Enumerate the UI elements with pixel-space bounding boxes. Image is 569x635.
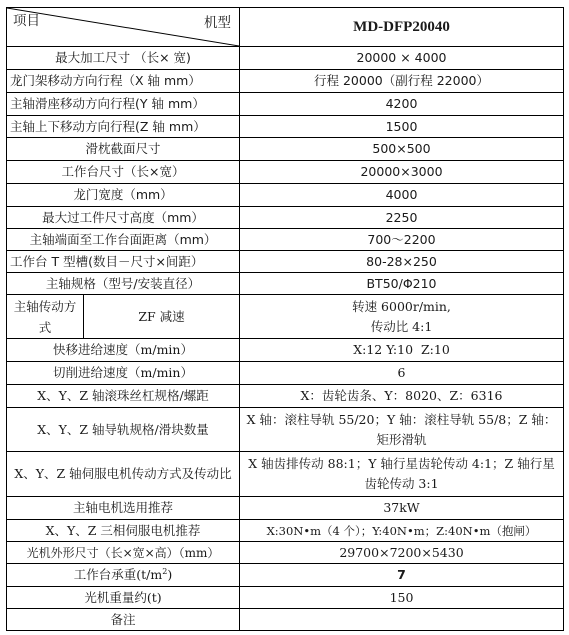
row-value: 500×500 (240, 138, 564, 161)
row-label: X、Y、Z 轴导轨规格/滑块数量 (7, 408, 240, 452)
table-row: 工作台尺寸（长×宽） 20000×3000 (7, 161, 564, 184)
remarks-value (240, 609, 564, 631)
row-value: 4200 (240, 93, 564, 116)
row-label: 主轴滑座移动方向行程(Y 轴 mm） (7, 93, 240, 116)
row-label: 最大加工尺寸 （长× 宽) (7, 47, 240, 70)
item-label: 项目 (13, 11, 40, 31)
row-label: X、Y、Z 轴滚珠丝杠规格/螺距 (7, 385, 240, 408)
row-value: 4000 (240, 184, 564, 207)
model-label: 机型 (204, 13, 231, 33)
table-row: X、Y、Z 轴导轨规格/滑块数量 X 轴：滚柱导轨 55/20；Y 轴：滚柱导轨… (7, 408, 564, 452)
spindle-ratio-text: 传动比 4:1 (243, 317, 560, 337)
table-row: 切削进给速度（m/min） 6 (7, 362, 564, 385)
row-label: 工作台 T 型槽(数目－尺寸×间距） (7, 251, 240, 273)
spindle-speed-text: 转速 6000r/min, (243, 297, 560, 317)
table-load-row: 工作台承重(t/m2) 7 (7, 564, 564, 587)
row-value: 700～2200 (240, 229, 564, 251)
row-label: 切削进给速度（m/min） (7, 362, 240, 385)
row-label: 主轴端面至工作台面距离（mm） (7, 229, 240, 251)
table-row: X、Y、Z 三相伺服电机推荐 X:30N•m（4 个）；Y:40N•m；Z:40… (7, 520, 564, 542)
spindle-drive-sub-label: ZF 减速 (84, 295, 240, 339)
table-row: 工作台 T 型槽(数目－尺寸×间距） 80-28×250 (7, 251, 564, 273)
row-value: 1500 (240, 116, 564, 138)
row-value: 150 (240, 587, 564, 609)
table-row: 主轴电机选用推荐 37kW (7, 497, 564, 520)
row-label: 主轴电机选用推荐 (7, 497, 240, 520)
remarks-row: 备注 (7, 609, 564, 631)
row-value: 80-28×250 (240, 251, 564, 273)
row-value: X：齿轮齿条、Y：8020、Z：6316 (240, 385, 564, 408)
row-value: 6 (240, 362, 564, 385)
spindle-drive-value: 转速 6000r/min, 传动比 4:1 (240, 295, 564, 339)
row-value: 2250 (240, 207, 564, 229)
table-row: 光机外形尺寸（长×宽×高）（mm） 29700×7200×5430 (7, 542, 564, 564)
table-row: X、Y、Z 轴伺服电机传动方式及传动比 X 轴齿排传动 88:1；Y 轴行星齿轮… (7, 452, 564, 497)
spindle-drive-row: 主轴传动方式 ZF 减速 转速 6000r/min, 传动比 4:1 (7, 295, 564, 339)
model-value: MD-DFP20040 (240, 8, 564, 47)
header-diagonal-cell: 项目 机型 (7, 8, 240, 47)
row-label: 工作台尺寸（长×宽） (7, 161, 240, 184)
header-row: 项目 机型 MD-DFP20040 (7, 8, 564, 47)
row-value: 行程 20000（副行程 22000） (240, 70, 564, 93)
row-value: BT50/Φ210 (240, 273, 564, 295)
row-value: X:12 Y:10 Z:10 (240, 339, 564, 362)
row-label: X、Y、Z 三相伺服电机推荐 (7, 520, 240, 542)
table-row: 主轴规格（型号/安装直径） BT50/Φ210 (7, 273, 564, 295)
remarks-label: 备注 (7, 609, 240, 631)
table-row: 龙门宽度（mm） 4000 (7, 184, 564, 207)
table-load-label-text: 工作台承重(t/m (74, 567, 162, 582)
row-value: 20000×3000 (240, 161, 564, 184)
spec-table: 项目 机型 MD-DFP20040 最大加工尺寸 （长× 宽) 20000 × … (6, 7, 564, 631)
table-row: 龙门架移动方向行程（X 轴 mm） 行程 20000（副行程 22000） (7, 70, 564, 93)
row-label: 龙门宽度（mm） (7, 184, 240, 207)
row-label: X、Y、Z 轴伺服电机传动方式及传动比 (7, 452, 240, 497)
row-label: 滑枕截面尺寸 (7, 138, 240, 161)
row-label: 最大过工件尺寸高度（mm） (7, 207, 240, 229)
table-row: 光机重量约(t) 150 (7, 587, 564, 609)
row-label: 快移进给速度（m/min） (7, 339, 240, 362)
row-label: 主轴规格（型号/安装直径） (7, 273, 240, 295)
row-label: 龙门架移动方向行程（X 轴 mm） (7, 70, 240, 93)
row-value: X:30N•m（4 个）；Y:40N•m；Z:40N•m（抱闸） (240, 520, 564, 542)
table-row: 主轴滑座移动方向行程(Y 轴 mm） 4200 (7, 93, 564, 116)
table-row: X、Y、Z 轴滚珠丝杠规格/螺距 X：齿轮齿条、Y：8020、Z：6316 (7, 385, 564, 408)
row-value: X 轴：滚柱导轨 55/20；Y 轴：滚柱导轨 55/8；Z 轴：矩形滑轨 (240, 408, 564, 452)
spindle-drive-label: 主轴传动方式 (7, 295, 84, 339)
table-row: 主轴端面至工作台面距离（mm） 700～2200 (7, 229, 564, 251)
row-value: 20000 × 4000 (240, 47, 564, 70)
row-label: 光机重量约(t) (7, 587, 240, 609)
table-row: 最大加工尺寸 （长× 宽) 20000 × 4000 (7, 47, 564, 70)
table-load-value: 7 (240, 564, 564, 587)
table-row: 主轴上下移动方向行程(Z 轴 mm） 1500 (7, 116, 564, 138)
table-load-label-suffix: ) (167, 567, 172, 582)
row-value: 37kW (240, 497, 564, 520)
table-row: 最大过工件尺寸高度（mm） 2250 (7, 207, 564, 229)
row-label: 主轴上下移动方向行程(Z 轴 mm） (7, 116, 240, 138)
row-label: 光机外形尺寸（长×宽×高）（mm） (7, 542, 240, 564)
table-load-label: 工作台承重(t/m2) (7, 564, 240, 587)
table-row: 滑枕截面尺寸 500×500 (7, 138, 564, 161)
row-value: 29700×7200×5430 (240, 542, 564, 564)
table-row: 快移进给速度（m/min） X:12 Y:10 Z:10 (7, 339, 564, 362)
row-value: X 轴齿排传动 88:1；Y 轴行星齿轮传动 4:1；Z 轴行星齿轮传动 3:1 (240, 452, 564, 497)
